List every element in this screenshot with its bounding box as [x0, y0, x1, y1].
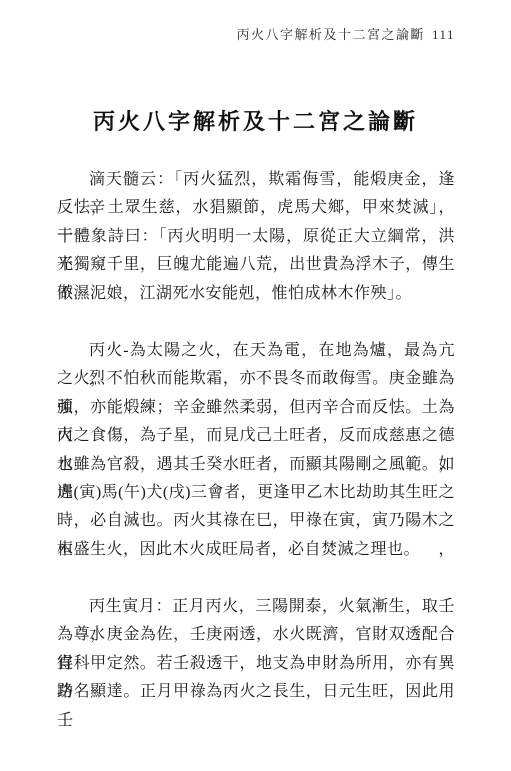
paragraph: 丙生寅月：正月丙火，三陽開泰，火氣漸生，取壬水為尊，庚金為佐，壬庚兩透，水火既濟…: [57, 593, 455, 707]
text-line: 火之食傷，為子星，而見戊己土旺者，反而成慈惠之德也，: [57, 422, 455, 450]
text-line: 做濕泥娘，江湖死水安能剋，惟怕成林木作殃」。: [57, 280, 455, 308]
paragraph: 滴天髓云：「丙火猛烈，欺霜侮雪，能煅庚金，逢辛反怯，土眾生慈，水猖顯節，虎馬犬鄉…: [57, 166, 455, 308]
content: 滴天髓云：「丙火猛烈，欺霜侮雪，能煅庚金，逢辛反怯，土眾生慈，水猖顯節，虎馬犬鄉…: [57, 166, 455, 736]
text-line: 木盛生火，因此木火成旺局者，必自焚滅之理也。: [57, 536, 455, 564]
text-line: 時，必自滅也。丙火其祿在巳，甲祿在寅，寅乃陽木之桓，: [57, 507, 455, 535]
text-line: 不獨窺千里，巨魄尤能遍八荒，出世貴為浮木子，傳生不: [57, 251, 455, 279]
text-line: 反怯，土眾生慈，水猖顯節，虎馬犬鄉，甲來焚滅」，十: [57, 194, 455, 222]
paragraph: 丙火-為太陽之火，在天為電，在地為爐，最為亢烈之火，不怕秋而能欺霜，亦不畏冬而敢…: [57, 337, 455, 564]
text-line: 之火，不怕秋而能欺霜，亦不畏冬而敢侮雪。庚金雖為頑: [57, 365, 455, 393]
running-header-title: 丙火八字解析及十二宮之論斷: [236, 24, 425, 43]
book-page: 丙火八字解析及十二宮之論斷 111 丙火八字解析及十二宮之論斷 滴天髓云：「丙火…: [0, 0, 511, 771]
text-line: 滴天髓云：「丙火猛烈，欺霜侮雪，能煅庚金，逢辛: [57, 166, 455, 194]
text-line: 丙生寅月：正月丙火，三陽開泰，火氣漸生，取壬水: [57, 593, 455, 621]
text-line: 虎(寅)馬(午)犬(戌)三會者，更逢甲乙木比劫助其生旺之: [57, 479, 455, 507]
running-header: 丙火八字解析及十二宮之論斷 111: [0, 24, 455, 43]
text-line: 水雖為官殺，遇其壬癸水旺者，而顯其陽剛之風範。如遇: [57, 451, 455, 479]
text-line: 為尊，庚金為佐，壬庚兩透，水火既濟，官財双透配合得: [57, 621, 455, 649]
text-line: 干體象詩曰：「丙火明明一太陽，原從正大立綱常，洪光: [57, 223, 455, 251]
text-line: 丙火-為太陽之火，在天為電，在地為爐，最為亢烈: [57, 337, 455, 365]
text-line: 功名顯達。正月甲祿為丙火之長生，日元生旺，因此用壬: [57, 678, 455, 706]
text-line: 強，亦能煅練；辛金雖然柔弱，但丙辛合而反怯。土為丙: [57, 394, 455, 422]
text-line: 宜科甲定然。若壬殺透干，地支為申財為所用，亦有異路: [57, 650, 455, 678]
chapter-title: 丙火八字解析及十二宮之論斷: [0, 105, 511, 136]
page-number: 111: [432, 27, 455, 43]
